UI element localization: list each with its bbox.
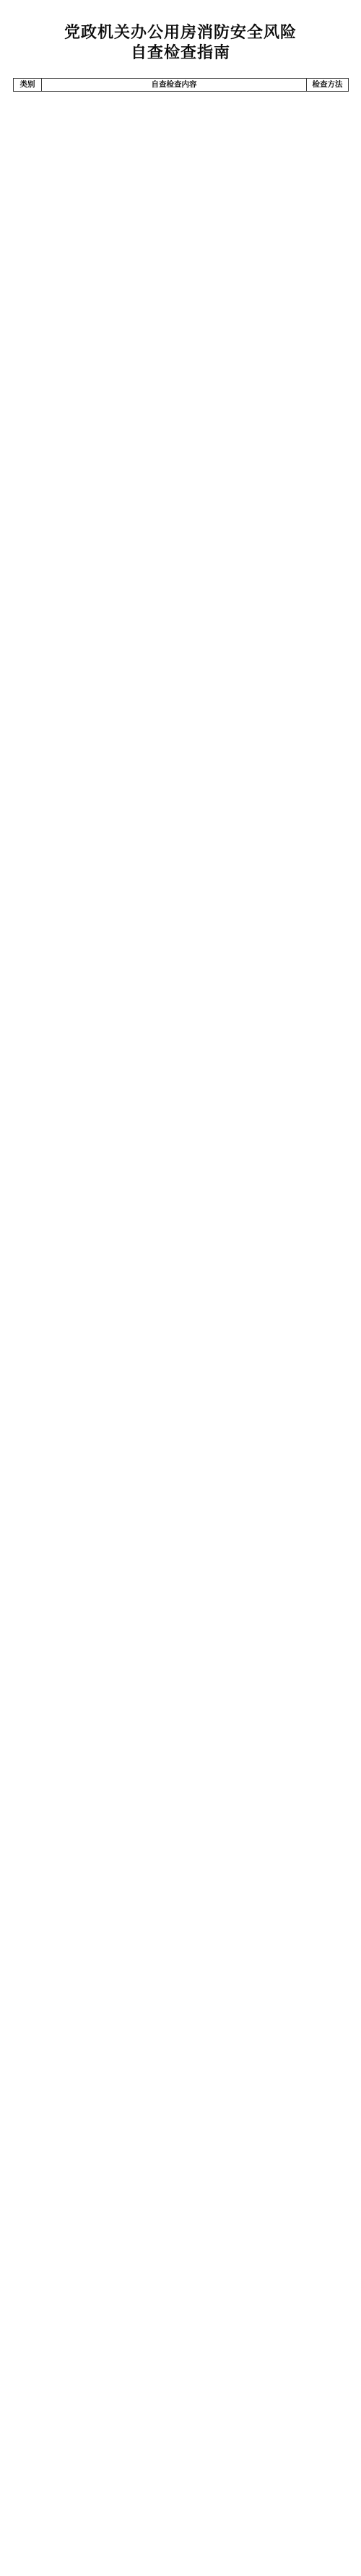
table-header-row: 类别自查检查内容检查方法: [14, 78, 349, 91]
page-title-line2: 自查检查指南: [0, 43, 361, 64]
col-method: 检查方法: [307, 78, 349, 91]
col-content: 自查检查内容: [42, 78, 307, 91]
page-1: 类别自查检查内容检查方法: [13, 78, 348, 92]
inspection-table: 类别自查检查内容检查方法: [13, 78, 349, 92]
page-title: 党政机关办公用房消防安全风险 自查检查指南: [0, 0, 361, 64]
document-pages: 类别自查检查内容检查方法: [0, 64, 361, 142]
page-title-line1: 党政机关办公用房消防安全风险: [0, 23, 361, 43]
col-category: 类别: [14, 78, 42, 91]
